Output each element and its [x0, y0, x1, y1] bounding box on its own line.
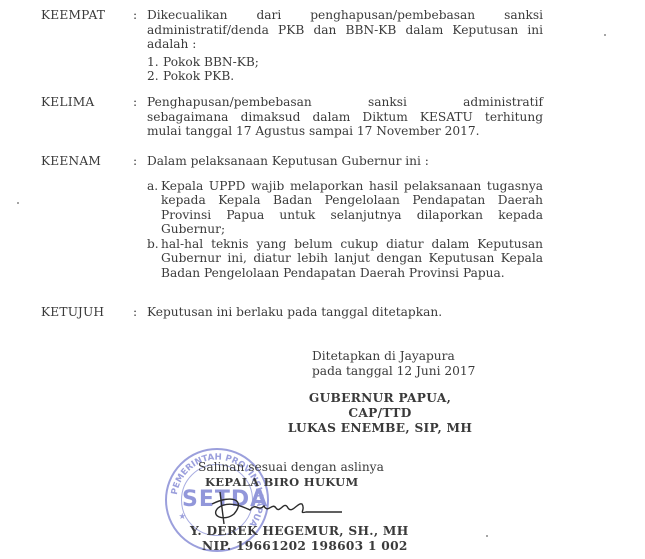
- diktum-body: Keputusan ini berlaku pada tanggal ditet…: [147, 305, 543, 320]
- governor-signature-block: GUBERNUR PAPUA, CAP/TTD LUKAS ENEMBE, SI…: [260, 391, 500, 436]
- document-page: KEEMPAT : Dikecualikan dari penghapusan/…: [0, 0, 645, 559]
- enactment-place: Ditetapkan di Jayapura: [312, 349, 475, 364]
- list-number: 1.: [147, 55, 163, 70]
- handwritten-signature: [202, 490, 352, 524]
- governor-title: GUBERNUR PAPUA,: [260, 391, 500, 406]
- paragraph-line: administratif/denda PKB dan BBN-KB dalam…: [147, 23, 543, 38]
- paragraph-line: adalah :: [147, 37, 543, 52]
- certification-block: Salinan sesuai dengan aslinya KEPALA BIR…: [188, 460, 438, 554]
- diktum-body: Dikecualikan dari penghapusan/pembebasan…: [147, 8, 543, 84]
- enactment-block: Ditetapkan di Jayapura pada tanggal 12 J…: [312, 349, 475, 379]
- certification-note: Salinan sesuai dengan aslinya: [188, 460, 438, 475]
- diktum-label: KELIMA: [41, 95, 133, 110]
- list-text: Pokok PKB.: [163, 69, 234, 84]
- certifier-nip: NIP. 19661202 198603 1 002: [188, 539, 438, 554]
- paragraph-line: Dalam pelaksanaan Keputusan Gubernur ini…: [147, 154, 543, 169]
- certification-office: KEPALA BIRO HUKUM: [188, 475, 438, 490]
- list-number: 2.: [147, 69, 163, 84]
- list-item: a.Kepala UPPD wajib melaporkan hasil pel…: [147, 179, 543, 237]
- exception-list: 1.Pokok BBN-KB; 2.Pokok PKB.: [147, 55, 543, 84]
- list-letter: b.: [147, 237, 161, 281]
- certifier-name: Y. DEREK HEGEMUR, SH., MH: [188, 524, 438, 539]
- diktum-colon: :: [133, 8, 137, 23]
- list-letter: a.: [147, 179, 161, 237]
- paragraph-line: Keputusan ini berlaku pada tanggal ditet…: [147, 305, 543, 320]
- svg-text:★: ★: [179, 512, 187, 522]
- diktum-label: KEEMPAT: [41, 8, 133, 23]
- list-text: Pokok BBN-KB;: [163, 55, 259, 70]
- list-item: 1.Pokok BBN-KB;: [147, 55, 543, 70]
- instruction-list: a.Kepala UPPD wajib melaporkan hasil pel…: [147, 179, 543, 281]
- paragraph-line: sebagaimana dimaksud dalam Diktum KESATU…: [147, 110, 543, 125]
- scan-speck: [486, 535, 488, 537]
- list-item: 2.Pokok PKB.: [147, 69, 543, 84]
- scan-speck: [604, 34, 606, 36]
- diktum-colon: :: [133, 154, 137, 169]
- paragraph-line: Penghapusan/pembebasan sanksi administra…: [147, 95, 543, 110]
- list-text: hal-hal teknis yang belum cukup diatur d…: [161, 237, 543, 281]
- diktum-label: KETUJUH: [41, 305, 133, 320]
- signature-mark: CAP/TTD: [260, 406, 500, 421]
- diktum-body: Dalam pelaksanaan Keputusan Gubernur ini…: [147, 154, 543, 280]
- list-item: b.hal-hal teknis yang belum cukup diatur…: [147, 237, 543, 281]
- diktum-colon: :: [133, 95, 137, 110]
- diktum-label: KEENAM: [41, 154, 133, 169]
- paragraph-line: Dikecualikan dari penghapusan/pembebasan…: [147, 8, 543, 23]
- enactment-date: pada tanggal 12 Juni 2017: [312, 364, 475, 379]
- list-text: Kepala UPPD wajib melaporkan hasil pelak…: [161, 179, 543, 237]
- governor-name: LUKAS ENEMBE, SIP, MH: [260, 421, 500, 436]
- scan-speck: [17, 202, 19, 204]
- diktum-body: Penghapusan/pembebasan sanksi administra…: [147, 95, 543, 139]
- paragraph-line: mulai tanggal 17 Agustus sampai 17 Novem…: [147, 124, 543, 139]
- diktum-colon: :: [133, 305, 137, 320]
